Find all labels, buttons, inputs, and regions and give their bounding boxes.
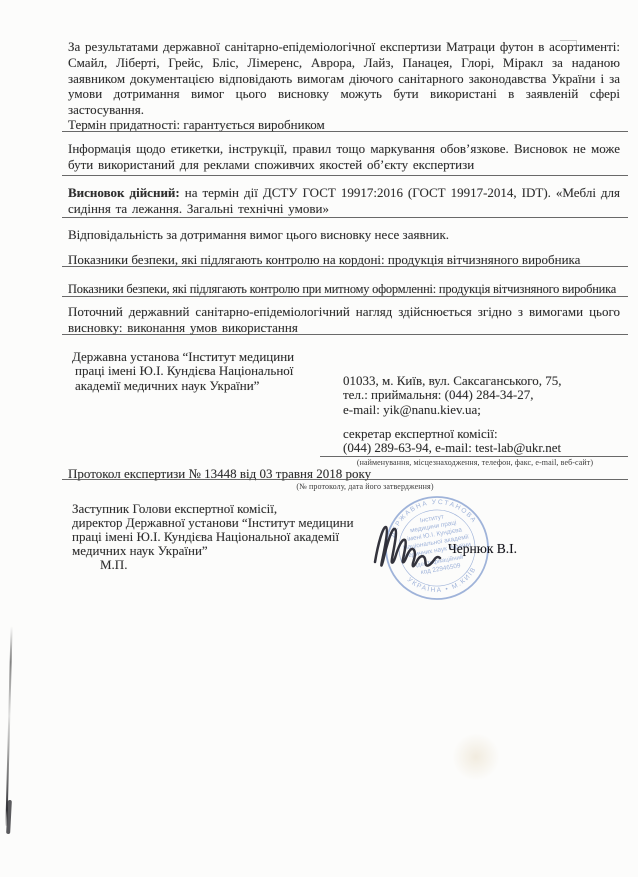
divider-rule — [62, 266, 628, 267]
address-line: 01033, м. Київ, вул. Саксаганського, 75, — [343, 374, 562, 388]
divider-rule — [62, 131, 628, 132]
signatory-line: Заступник Голови експертної комісії, — [72, 502, 354, 516]
secretary-line: секретар експертної комісії: — [343, 427, 561, 441]
scanned-document-page: За результатами державної санітарно-епід… — [0, 0, 638, 877]
signatory-line: праці імені Ю.І. Кундієва Національної а… — [72, 530, 354, 544]
validity-label: Висновок дійсний: — [68, 185, 180, 200]
divider-rule — [62, 334, 628, 335]
validity-paragraph: Висновок дійсний: на термін дії ДСТУ ГОС… — [68, 185, 620, 217]
signer-name: Чернюк В.І. — [448, 541, 517, 557]
scan-artifact-corner-mark — [560, 40, 577, 50]
shelf-life-line: Термін придатності: гарантується виробни… — [68, 117, 325, 132]
email-line: e-mail: yik@nanu.kiev.ua; — [343, 403, 562, 417]
phone-line: тел.: приймальня: (044) 284-34-27, — [343, 388, 562, 402]
institution-name-line: праці імені Ю.І. Кундієва Національної — [72, 364, 294, 378]
supervision-paragraph: Поточний державний санітарно-епідеміолог… — [68, 304, 620, 336]
protocol-caption: (№ протоколу, дата його затвердження) — [230, 482, 500, 491]
border-control-line: Показники безпеки, які підлягають контро… — [68, 252, 580, 267]
divider-rule — [62, 217, 628, 218]
divider-rule — [62, 175, 628, 176]
scan-artifact-smudge — [452, 733, 500, 781]
institution-name-line: академії медичних наук України” — [72, 379, 294, 393]
secretary-phone-line: (044) 289-63-94, e-mail: test-lab@ukr.ne… — [343, 441, 561, 455]
secretary-contacts: секретар експертної комісії: (044) 289-6… — [343, 427, 561, 456]
seal-abbreviation: М.П. — [100, 558, 127, 572]
institution-name-line: Державна установа “Інститут медицини — [72, 350, 294, 364]
scan-artifact-streak — [5, 626, 12, 826]
institution-name: Державна установа “Інститут медицини пра… — [72, 350, 294, 393]
labeling-paragraph: Інформація щодо етикетки, інструкції, пр… — [68, 141, 620, 173]
intro-paragraph: За результатами державної санітарно-епід… — [68, 39, 620, 118]
signatory-block: Заступник Голови експертної комісії, дир… — [72, 502, 354, 558]
divider-rule — [62, 296, 628, 297]
signatory-line: медичних наук України” — [72, 544, 354, 558]
institution-address: 01033, м. Київ, вул. Саксаганського, 75,… — [343, 374, 562, 417]
divider-rule — [62, 479, 628, 480]
responsibility-line: Відповідальність за дотримання вимог цьо… — [68, 227, 449, 242]
signature-stroke — [375, 527, 440, 566]
customs-control-line: Показники безпеки, які підлягають контро… — [68, 282, 616, 297]
scan-artifact-streak-blob — [6, 800, 12, 834]
signatory-line: директор Державної установи “Інститут ме… — [72, 516, 354, 530]
divider-rule-short — [320, 456, 628, 457]
